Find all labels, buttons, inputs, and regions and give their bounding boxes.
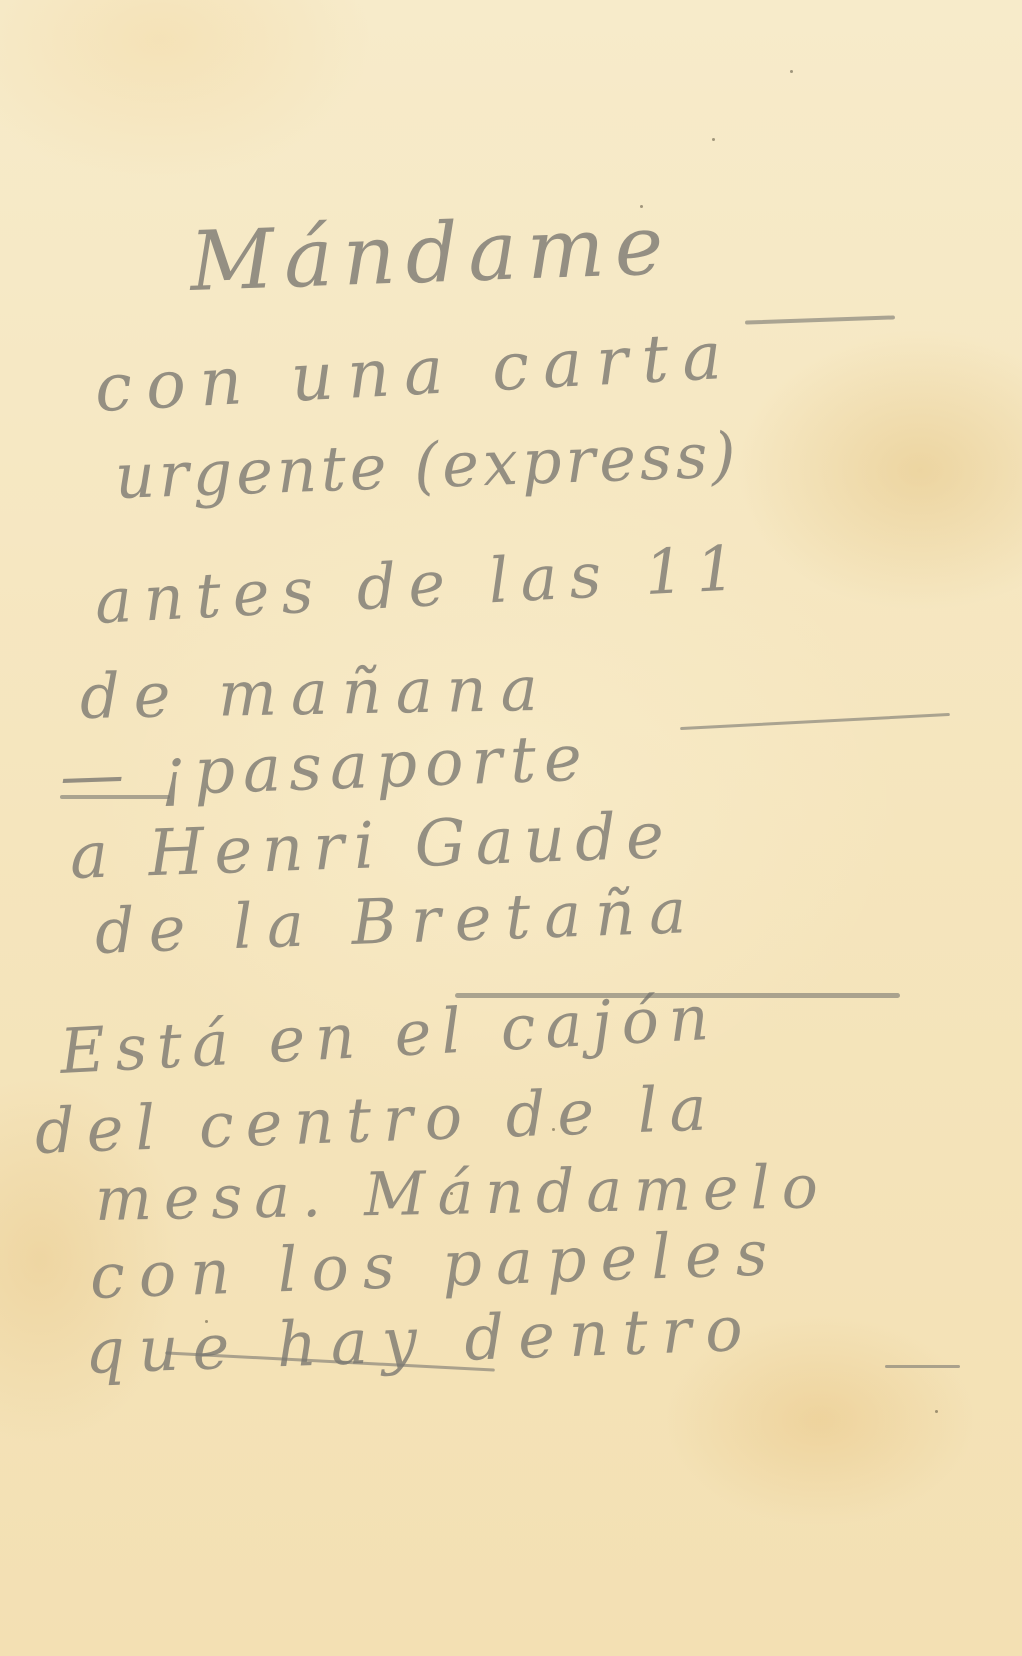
note-line-6: — ¡pasaporte — [59, 722, 591, 814]
note-line-2: con una carta — [93, 316, 737, 426]
paper-speck — [450, 1192, 453, 1195]
paper-speck — [640, 205, 643, 208]
note-line-10: del centro de la — [34, 1071, 720, 1168]
paper-speck — [712, 138, 715, 141]
pencil-stroke — [745, 315, 895, 324]
paper-speck — [790, 70, 793, 73]
pencil-stroke — [680, 713, 950, 730]
note-line-4: antes de las 11 — [93, 531, 749, 638]
note-line-5: de mañana — [79, 652, 552, 733]
note-line-3: urgente (express) — [114, 418, 741, 513]
handwritten-note-page: Mándame con una carta urgente (express) … — [0, 0, 1022, 1656]
pencil-stroke — [885, 1365, 960, 1368]
note-line-9: Está en el cajón — [58, 981, 720, 1088]
paper-speck — [935, 1410, 938, 1413]
note-line-1: Mándame — [188, 198, 674, 310]
paper-speck — [205, 1320, 208, 1323]
paper-speck — [552, 1128, 555, 1131]
